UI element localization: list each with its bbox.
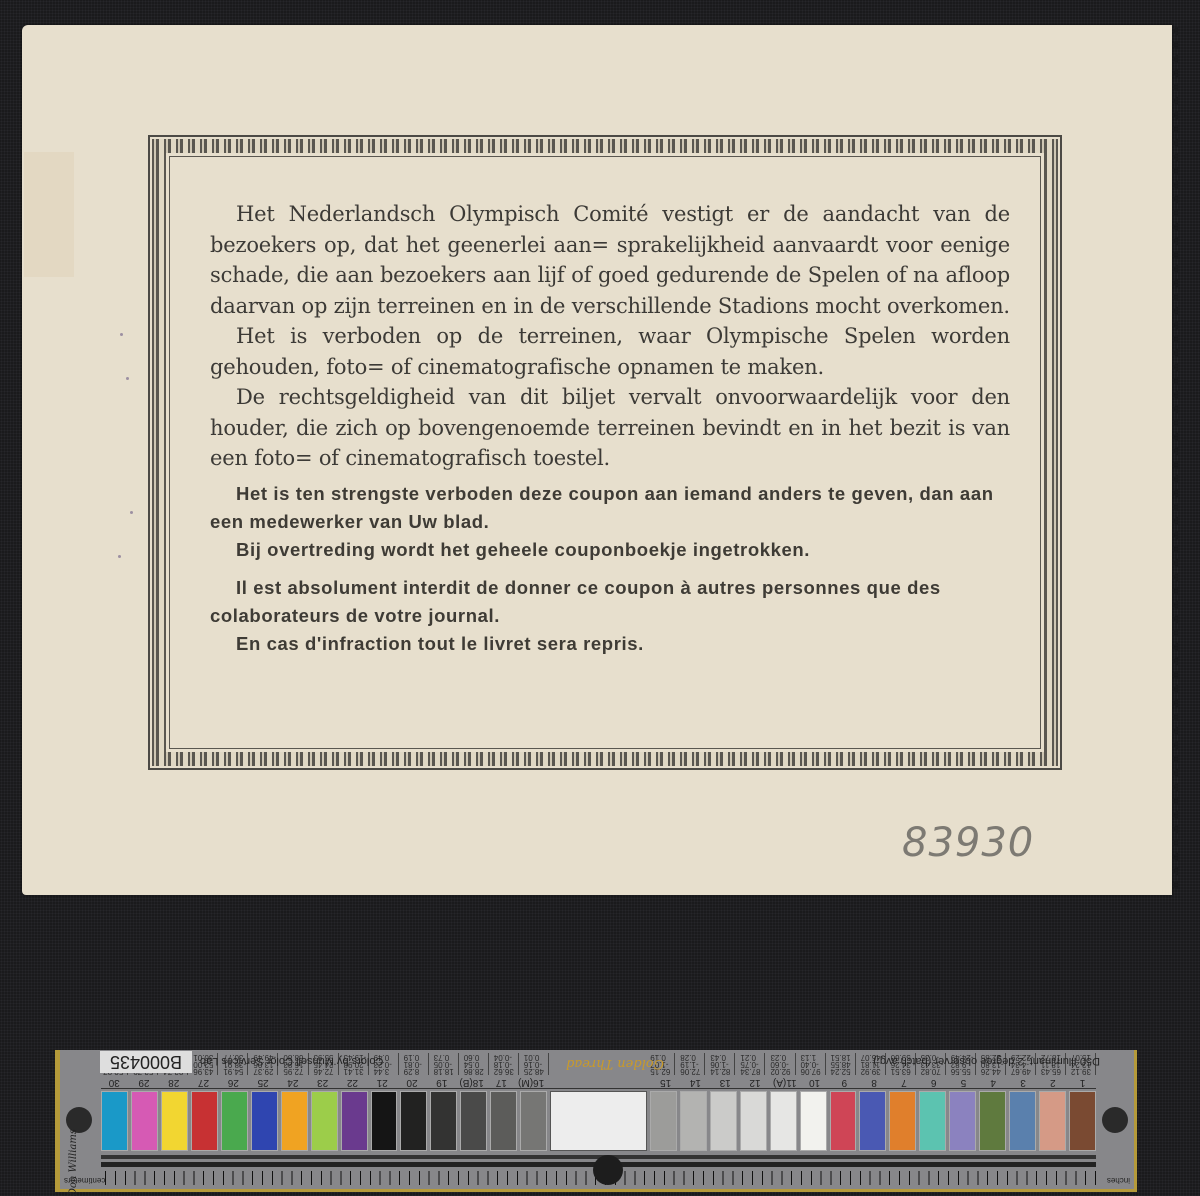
patch-lab: 87.34-0.750.21 (738, 1053, 765, 1075)
color-patch (710, 1091, 737, 1151)
patch-number: 27 (190, 1075, 217, 1088)
color-patch (490, 1091, 517, 1151)
patch-number: 15 (652, 1075, 679, 1088)
color-patch (830, 1091, 857, 1151)
color-patch (191, 1091, 218, 1151)
patch-number: 23 (309, 1075, 336, 1088)
color-patch (889, 1091, 916, 1151)
ink-speck (130, 511, 133, 514)
patch-number: 29 (131, 1075, 158, 1088)
ink-speck (120, 333, 123, 336)
ticket-coupon-back: Het Nederlandsch Olympisch Comité vestig… (22, 25, 1172, 895)
color-patch (161, 1091, 188, 1151)
patch-lab: 18.18-0.050.73 (432, 1053, 459, 1075)
patch-number: 13 (712, 1075, 739, 1088)
color-patch (221, 1091, 248, 1151)
patch-number: 3 (1010, 1075, 1037, 1088)
patch-number: 1 (1069, 1075, 1096, 1088)
coupon-transfer-warning-nl: Het is ten strengste verboden deze coupo… (210, 480, 1010, 536)
color-patch (400, 1091, 427, 1151)
color-patch (101, 1091, 128, 1151)
units-inches: inches (1107, 1176, 1130, 1185)
munsell-credit: Colors by Munsell Color Services Lab (200, 1055, 383, 1067)
patch-number: 24 (280, 1075, 307, 1088)
patch-number: 18(B) (458, 1075, 485, 1088)
patch-number: 10 (801, 1075, 828, 1088)
patch-number: 12 (742, 1075, 769, 1088)
color-patch (770, 1091, 797, 1151)
patch-number: 14 (682, 1075, 709, 1088)
patch-number: 4 (980, 1075, 1007, 1088)
patch-number: 21 (369, 1075, 396, 1088)
color-patch (740, 1091, 767, 1151)
patch-lab: 92.02-0.600.23 (768, 1053, 795, 1075)
patch-number: 5 (950, 1075, 977, 1088)
color-patch (281, 1091, 308, 1151)
patch-number: 25 (250, 1075, 277, 1088)
patch-number: 2 (1039, 1075, 1066, 1088)
patch-numbers: 1234567891011(A)1213141516(M)1718(B)1920… (101, 1075, 1096, 1089)
patch-number: 11(A) (771, 1075, 798, 1088)
color-patch (430, 1091, 457, 1151)
color-patch (371, 1091, 398, 1151)
perforated-edge (1168, 25, 1178, 895)
patch-number: 7 (891, 1075, 918, 1088)
handwritten-catalog-number: 83930 (902, 820, 1034, 866)
patch-lab: 97.06-0.401.13 (799, 1053, 826, 1075)
patch-number: 26 (220, 1075, 247, 1088)
color-patch (1069, 1091, 1096, 1151)
color-patch (800, 1091, 827, 1151)
color-patch (650, 1091, 677, 1151)
illuminant-note: D50 Illuminant, 2 degree observer (batch… (873, 1055, 1100, 1067)
patch-number: 30 (101, 1075, 128, 1088)
tape-residue (24, 152, 74, 277)
target-id-label: B000435 (100, 1051, 192, 1073)
color-patch (1009, 1091, 1036, 1151)
patch-number: 6 (920, 1075, 947, 1088)
ink-speck (126, 377, 129, 380)
color-patch (860, 1091, 887, 1151)
patch-lab: 28.860.540.60 (462, 1053, 489, 1075)
coupon-revocation-fr: En cas d'infraction tout le livret sera … (210, 630, 1010, 658)
patch-lab: 48.25-0.160.01 (522, 1053, 549, 1075)
grayscale-target-inset (550, 1091, 647, 1151)
registration-dot (1102, 1107, 1128, 1133)
patch-number: 20 (399, 1075, 426, 1088)
liability-paragraph: Het Nederlandsch Olympisch Comité vestig… (210, 199, 1010, 321)
color-patch (919, 1091, 946, 1151)
color-patches (101, 1091, 1096, 1151)
patch-number: 17 (488, 1075, 515, 1088)
color-patch (1039, 1091, 1066, 1151)
color-patch (251, 1091, 278, 1151)
color-patch (131, 1091, 158, 1151)
photography-ban-paragraph: Het is verboden op de terreinen, waar Ol… (210, 321, 1010, 382)
color-patch (341, 1091, 368, 1151)
patch-number: 9 (831, 1075, 858, 1088)
product-logo: Golden Thread (566, 1056, 664, 1071)
color-patch (311, 1091, 338, 1151)
patch-number: 16(M) (518, 1075, 545, 1088)
color-patch (979, 1091, 1006, 1151)
color-patch (460, 1091, 487, 1151)
validity-paragraph: De rechtsgeldigheid van dit biljet verva… (210, 382, 1010, 474)
coupon-transfer-warning-fr: Il est absolument interdit de donner ce … (210, 574, 1010, 630)
color-patch (680, 1091, 707, 1151)
notice-text: Het Nederlandsch Olympisch Comité vestig… (210, 199, 1010, 658)
patch-lab: 8.29-0.810.19 (402, 1053, 429, 1075)
patch-number: 19 (428, 1075, 455, 1088)
patch-lab: 72.06-1.190.28 (678, 1053, 705, 1075)
color-patch (520, 1091, 547, 1151)
patch-lab: 82.14-1.060.43 (708, 1053, 735, 1075)
patch-number: 22 (339, 1075, 366, 1088)
ink-speck (118, 555, 121, 558)
coupon-revocation-nl: Bij overtreding wordt het geheele coupon… (210, 536, 1010, 564)
patch-number: 8 (861, 1075, 888, 1088)
patch-number: 28 (160, 1075, 187, 1088)
color-calibration-target: centimeters inches 1234567891011(A)12131… (55, 1050, 1137, 1192)
patch-lab: 52.2448.5518.51 (829, 1053, 856, 1075)
color-patch (949, 1091, 976, 1151)
brand-label: Don Williams (68, 1129, 79, 1196)
patch-lab: 36.62-0.18-0.04 (492, 1053, 519, 1075)
ornamental-border-frame: Het Nederlandsch Olympisch Comité vestig… (148, 135, 1062, 770)
registration-dot (593, 1155, 623, 1185)
